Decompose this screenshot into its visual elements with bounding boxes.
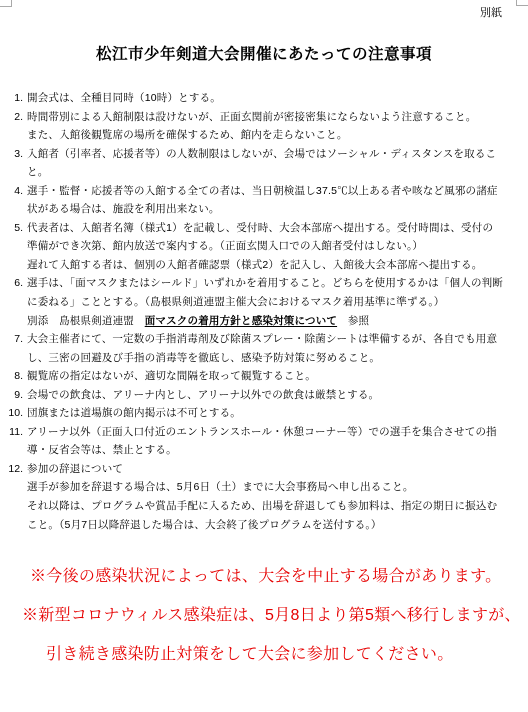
reference-line: 別添 島根県剣道連盟 面マスクの着用方針と感染対策について 参照: [0, 312, 528, 331]
notice-text: 準備ができ次第、館内放送で案内する。（正面玄関入口での入館者受付はしない。）: [27, 240, 423, 252]
notice-text: 導・反省会等は、禁止とする。: [27, 444, 177, 456]
notice-text: に委ねる」こととする。（島根県剣道連盟主催大会におけるマスク着用基準に準ずる。）: [27, 296, 445, 308]
notice-text: と。: [27, 166, 48, 178]
item-number: 3.: [0, 145, 23, 164]
notice-text: 大会主催者にて、一定数の手指消毒剤及び除菌スプレー・除菌シートは準備するが、各自…: [27, 333, 497, 345]
notice-list: 1.開会式は、全種目同時（10時）とする。2.時間帯別による入館制限は設けないが…: [0, 89, 528, 534]
item-number: 5.: [0, 219, 23, 238]
notice-line: 6.選手は、「面マスクまたはシールド」いずれかを着用すること。どちらを使用するか…: [0, 274, 528, 293]
notice-line: 2.時間帯別による入館制限は設けないが、正面玄関前が密接密集にならないよう注意す…: [0, 108, 528, 127]
notice-line: 遅れて入館する者は、個別の入館者確認票（様式2）を記入し、入館後大会本部席へ提出…: [0, 256, 528, 275]
sheet-label: 別紙: [480, 6, 502, 20]
notice-text: 代表者は、入館者名簿（様式1）を記載し、受付時、大会本部席へ提出する。受付時間は…: [27, 222, 493, 234]
warning-line: ※新型コロナウィルス感染症は、5月8日より第5類へ移行しますが、: [0, 596, 528, 635]
notice-line: 8.観覧席の指定はないが、適切な間隔を取って観覧すること。: [0, 367, 528, 386]
notice-text: 時間帯別による入館制限は設けないが、正面玄関前が密接密集にならないよう注意するこ…: [27, 111, 476, 123]
notice-line: 5.代表者は、入館者名簿（様式1）を記載し、受付時、大会本部席へ提出する。受付時…: [0, 219, 528, 238]
warnings: ※今後の感染状況によっては、大会を中止する場合があります。※新型コロナウィルス感…: [0, 557, 528, 674]
text-boundary-mark-top-right: [516, 0, 528, 6]
text-boundary-mark-top-left: [0, 0, 12, 7]
notice-line: 導・反省会等は、禁止とする。: [0, 441, 528, 460]
notice-line: 9.会場での飲食は、アリーナ内とし、アリーナ以外での飲食は厳禁とする。: [0, 386, 528, 405]
notice-line: に委ねる」こととする。（島根県剣道連盟主催大会におけるマスク着用基準に準ずる。）: [0, 293, 528, 312]
reference-prefix: 別添 島根県剣道連盟: [27, 315, 145, 327]
item-number: 6.: [0, 274, 23, 293]
notice-text: し、三密の回避及び手指の消毒等を徹底し、感染予防対策に努めること。: [27, 352, 380, 364]
notice-text: こと。（5月7日以降辞退した場合は、大会終了後プログラムを送付する。）: [27, 519, 382, 531]
notice-line: 7.大会主催者にて、一定数の手指消毒剤及び除菌スプレー・除菌シートは準備するが、…: [0, 330, 528, 349]
notice-line: 3.入館者（引率者、応援者等）の人数制限はしないが、会場ではソーシャル・ディスタ…: [0, 145, 528, 164]
item-number: 9.: [0, 386, 23, 405]
notice-text: それ以降は、プログラムや賞品手配に入るため、出場を辞退しても参加料は、指定の期日…: [27, 500, 497, 512]
item-number: 8.: [0, 367, 23, 386]
notice-line: それ以降は、プログラムや賞品手配に入るため、出場を辞退しても参加料は、指定の期日…: [0, 497, 528, 516]
item-number: 11.: [0, 423, 23, 442]
notice-text: 選手は、「面マスクまたはシールド」いずれかを着用すること。どちらを使用するかは「…: [27, 277, 503, 289]
notice-line: し、三密の回避及び手指の消毒等を徹底し、感染予防対策に努めること。: [0, 349, 528, 368]
reference-suffix: 参照: [337, 315, 369, 327]
item-number: 10.: [0, 404, 23, 423]
notice-text: アリーナ以外（正面入口付近のエントランスホール・休憩コーナー等）での選手を集合さ…: [27, 426, 497, 438]
notice-line: こと。（5月7日以降辞退した場合は、大会終了後プログラムを送付する。）: [0, 516, 528, 535]
notice-text: 参加の辞退について: [27, 463, 123, 475]
notice-line: 11.アリーナ以外（正面入口付近のエントランスホール・休憩コーナー等）での選手を…: [0, 423, 528, 442]
page-title: 松江市少年剣道大会開催にあたっての注意事項: [0, 45, 528, 65]
notice-text: 入館者（引率者、応援者等）の人数制限はしないが、会場ではソーシャル・ディスタンス…: [27, 148, 496, 160]
notice-line: 12.参加の辞退について: [0, 460, 528, 479]
notice-line: 4.選手・監督・応援者等の入館する全ての者は、当日朝検温し37.5℃以上ある者や…: [0, 182, 528, 201]
notice-text: 団旗または道場旗の館内掲示は不可とする。: [27, 407, 241, 419]
document-page: 別紙 松江市少年剣道大会開催にあたっての注意事項 1.開会式は、全種目同時（10…: [0, 0, 528, 712]
notice-text: 状がある場合は、施設を利用出来ない。: [27, 203, 220, 215]
notice-line: 10.団旗または道場旗の館内掲示は不可とする。: [0, 404, 528, 423]
item-number: 2.: [0, 108, 23, 127]
notice-line: 選手が参加を辞退する場合は、5月6日（土）までに大会事務局へ申し出ること。: [0, 478, 528, 497]
notice-text: 遅れて入館する者は、個別の入館者確認票（様式2）を記入し、入館後大会本部席へ提出…: [27, 259, 482, 271]
notice-line: 準備ができ次第、館内放送で案内する。（正面玄関入口での入館者受付はしない。）: [0, 237, 528, 256]
notice-text: 開会式は、全種目同時（10時）とする。: [27, 92, 221, 104]
item-number: 12.: [0, 460, 23, 479]
warning-line: ※今後の感染状況によっては、大会を中止する場合があります。: [0, 557, 528, 596]
notice-line: 1.開会式は、全種目同時（10時）とする。: [0, 89, 528, 108]
notice-text: 観覧席の指定はないが、適切な間隔を取って観覧すること。: [27, 370, 316, 382]
item-number: 4.: [0, 182, 23, 201]
reference-title: 面マスクの着用方針と感染対策について: [145, 315, 337, 327]
notice-text: また、入館後観覧席の場所を確保するため、館内を走らないこと。: [27, 129, 348, 141]
notice-text: 会場での飲食は、アリーナ内とし、アリーナ以外での飲食は厳禁とする。: [27, 389, 379, 401]
notice-text: 選手が参加を辞退する場合は、5月6日（土）までに大会事務局へ申し出ること。: [27, 481, 414, 493]
notice-line: と。: [0, 163, 528, 182]
notice-line: 状がある場合は、施設を利用出来ない。: [0, 200, 528, 219]
notice-text: 選手・監督・応援者等の入館する全ての者は、当日朝検温し37.5℃以上ある者や咳な…: [27, 185, 498, 197]
warning-line: 引き続き感染防止対策をして大会に参加してください。: [0, 635, 528, 674]
notice-line: また、入館後観覧席の場所を確保するため、館内を走らないこと。: [0, 126, 528, 145]
item-number: 1.: [0, 89, 23, 108]
item-number: 7.: [0, 330, 23, 349]
